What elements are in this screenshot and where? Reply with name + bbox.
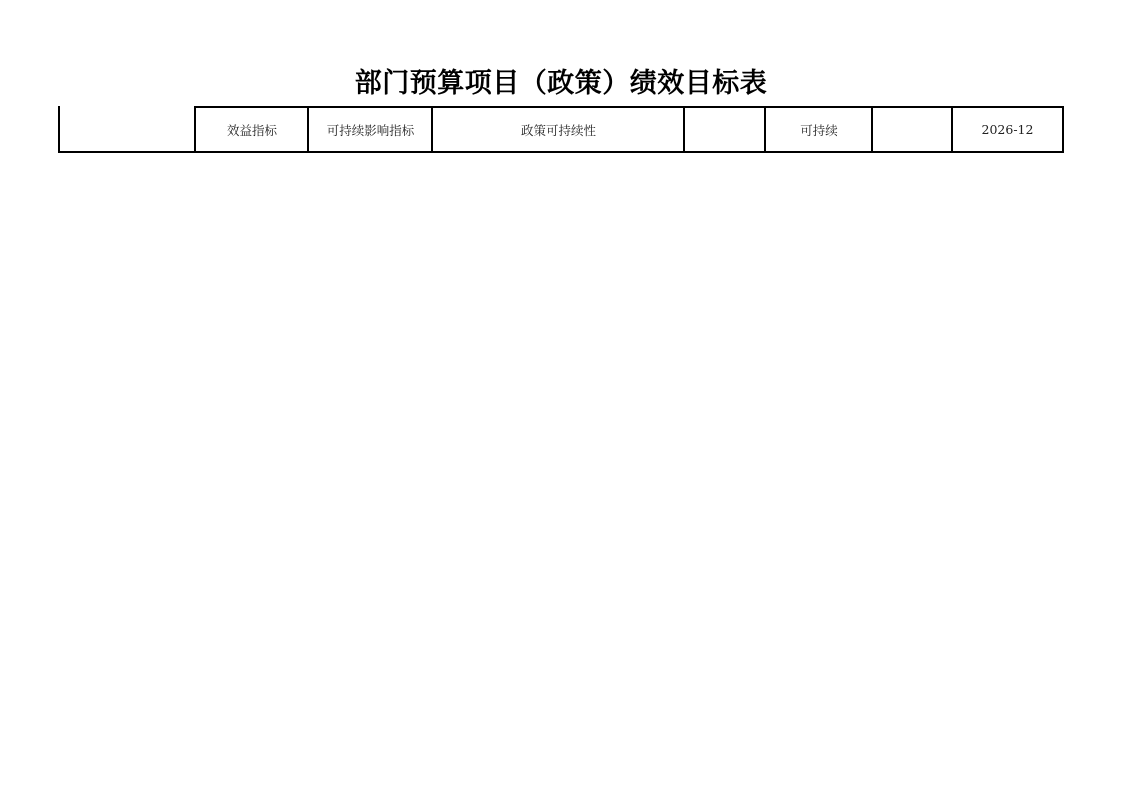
table-cell-operator [683, 106, 765, 153]
page-title: 部门预算项目（政策）绩效目标表 [0, 64, 1122, 104]
table-cell-level2-indicator: 可持续影响指标 [307, 106, 432, 153]
table-cell-target-value: 可持续 [764, 106, 872, 153]
table-cell-merged-continuation [58, 106, 195, 153]
table-cell-unit [871, 106, 952, 153]
table-cell-completion-date: 2026-12 [951, 106, 1064, 153]
table-cell-level1-indicator: 效益指标 [194, 106, 308, 153]
table-cell-level3-indicator: 政策可持续性 [431, 106, 684, 153]
